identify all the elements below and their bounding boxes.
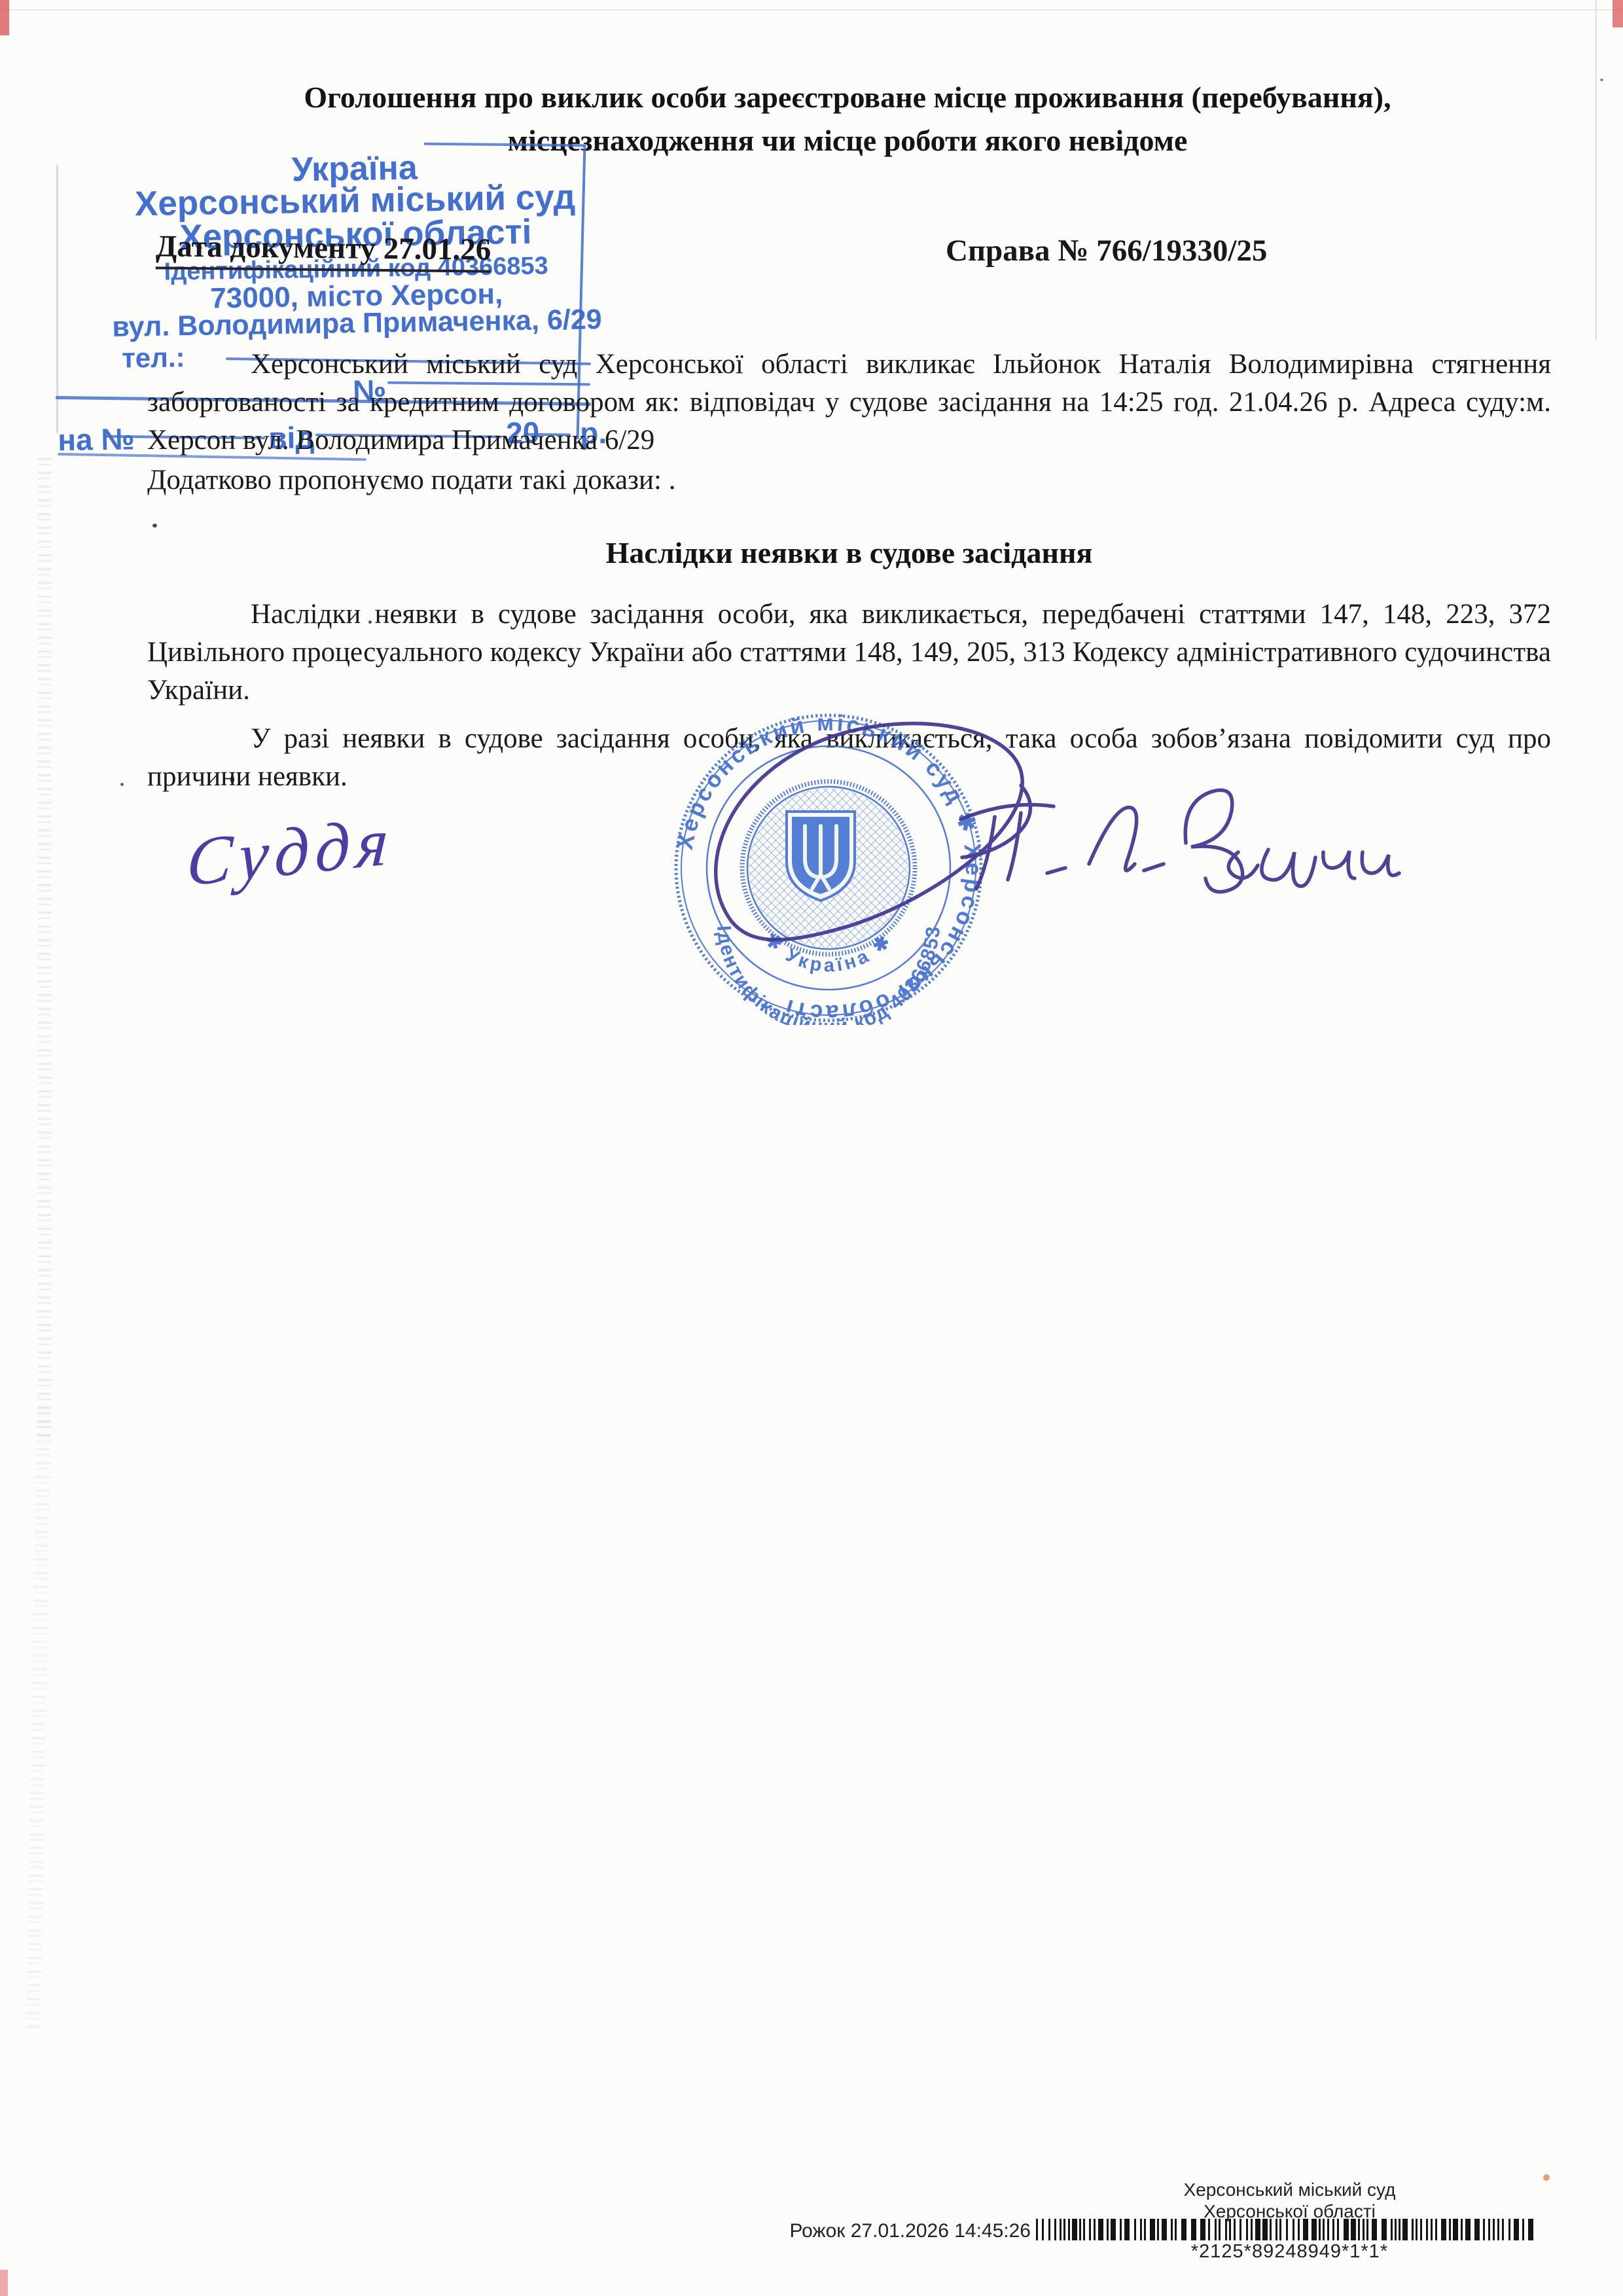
- barcode: [1036, 2219, 1543, 2240]
- scan-top-edge-line: [0, 9, 1623, 10]
- signature-stroke-t-bar: [961, 805, 1054, 820]
- signature-stroke-i-tail: [1362, 852, 1399, 876]
- signature-stroke-v: [1089, 808, 1137, 870]
- signature-stroke-ch: [1323, 851, 1355, 878]
- scan-speck-4: [120, 783, 124, 786]
- scan-corner-mark-top-left: [0, 0, 9, 35]
- case-number: Справа № 766/19330/25: [946, 233, 1267, 268]
- signature-stroke-d: [1262, 850, 1315, 886]
- scan-left-edge-streak: [38, 458, 51, 1440]
- document-date: Дата документу 27.01.26: [156, 228, 491, 272]
- scan-left-edge-streak-lower: [26, 1407, 52, 2029]
- evidence-paragraph: Додатково пропонуємо подати такі докази:…: [147, 461, 1551, 499]
- stamp-frame-left-border: [56, 165, 58, 433]
- judge-signature-strokes: [654, 707, 1407, 969]
- scan-corner-mark-top-right: [1613, 0, 1623, 27]
- footer-operator-timestamp: Рожок 27.01.2026 14:45:26: [772, 2220, 1031, 2242]
- scan-speck-orange-dot: [1543, 2174, 1550, 2181]
- scan-corner-mark-bottom-left: [0, 2270, 8, 2296]
- barcode-value-text: *2125*89248949*1*1*: [1036, 2241, 1543, 2263]
- scan-right-edge-line: [1596, 0, 1597, 340]
- consequences-heading: Наслідки неявки в судове засідання: [147, 535, 1551, 570]
- stamp-ref-na-label: на №: [58, 421, 135, 457]
- signature-stroke-dash2: [1144, 864, 1164, 870]
- summons-paragraph: Херсонський міський суд Херсонської обла…: [147, 346, 1551, 459]
- scanned-court-document: Оголошення про виклик особи зареєстрован…: [0, 0, 1623, 2296]
- scan-speck-3: [152, 524, 157, 528]
- signature-stroke-dash1: [1047, 868, 1065, 873]
- consequences-paragraph: Наслідки неявки в судове засідання особи…: [147, 596, 1551, 709]
- footer-court-name-line1: Херсонський міський суд: [1036, 2179, 1543, 2200]
- scan-speck-5: [1600, 79, 1603, 81]
- signature-loop-over-seal: [716, 723, 1022, 939]
- judge-handwritten-label: Суддя: [185, 802, 397, 903]
- document-title-line1: Оголошення про виклик особи зареєстрован…: [147, 76, 1548, 119]
- signature-stroke-t-stem2: [1008, 813, 1021, 880]
